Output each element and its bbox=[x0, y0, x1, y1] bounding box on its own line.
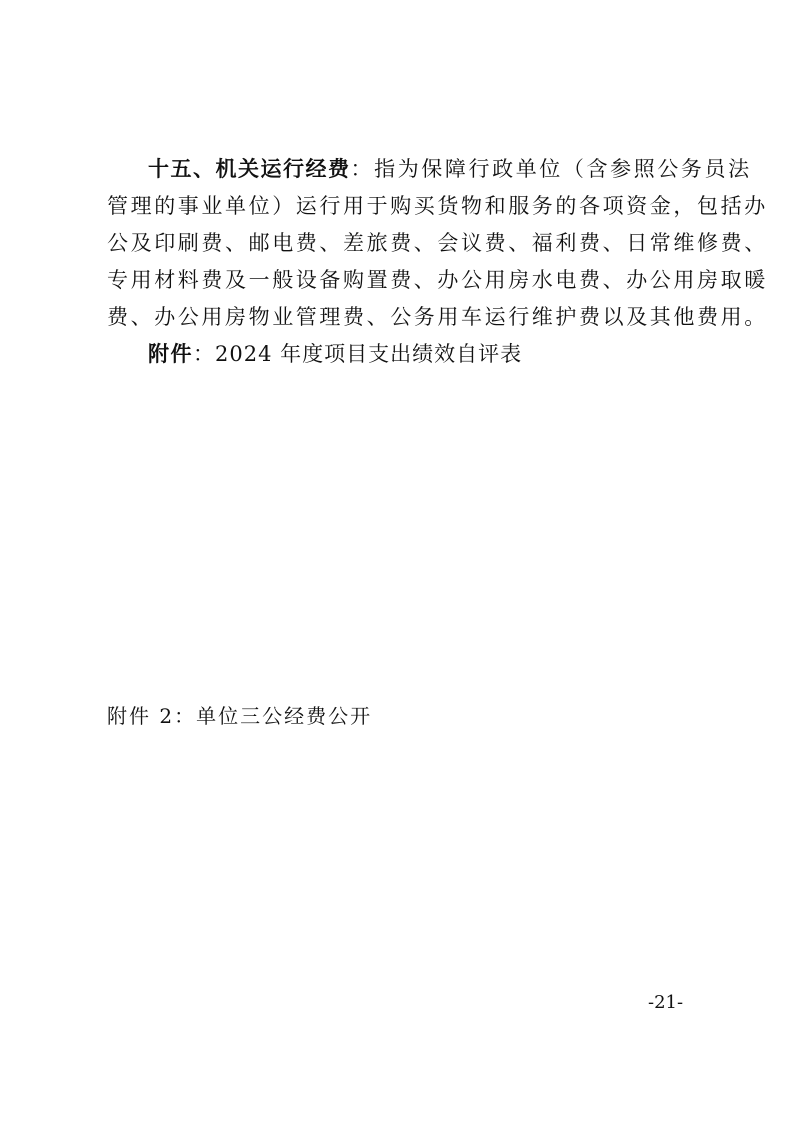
page-number: -21- bbox=[648, 992, 683, 1014]
section-15-heading: 十五、机关运行经费 bbox=[148, 157, 351, 181]
section-15-text-1: 指为保障行政单位（含参照公务员法 bbox=[374, 157, 752, 181]
attachment-1-line: 附件：2024 年度项目支出绩效自评表 bbox=[148, 341, 693, 367]
attachment-2-title: 附件 2：单位三公经费公开 bbox=[107, 703, 372, 729]
section-15-line-5: 费、办公用房物业管理费、公务用车运行维护费以及其他费用。 bbox=[107, 304, 693, 330]
section-15-line-2: 管理的事业单位）运行用于购买货物和服务的各项资金，包括办 bbox=[107, 193, 693, 219]
section-15-line-1: 十五、机关运行经费：指为保障行政单位（含参照公务员法 bbox=[148, 156, 693, 182]
attachment-1-label: 附件 bbox=[148, 342, 193, 366]
section-15-line-4: 专用材料费及一般设备购置费、办公用房水电费、办公用房取暖 bbox=[107, 267, 693, 293]
attachment-1-text: ：2024 年度项目支出绩效自评表 bbox=[193, 342, 522, 366]
section-15-line-3: 公及印刷费、邮电费、差旅费、会议费、福利费、日常维修费、 bbox=[107, 230, 693, 256]
section-15-colon: ： bbox=[351, 157, 375, 181]
